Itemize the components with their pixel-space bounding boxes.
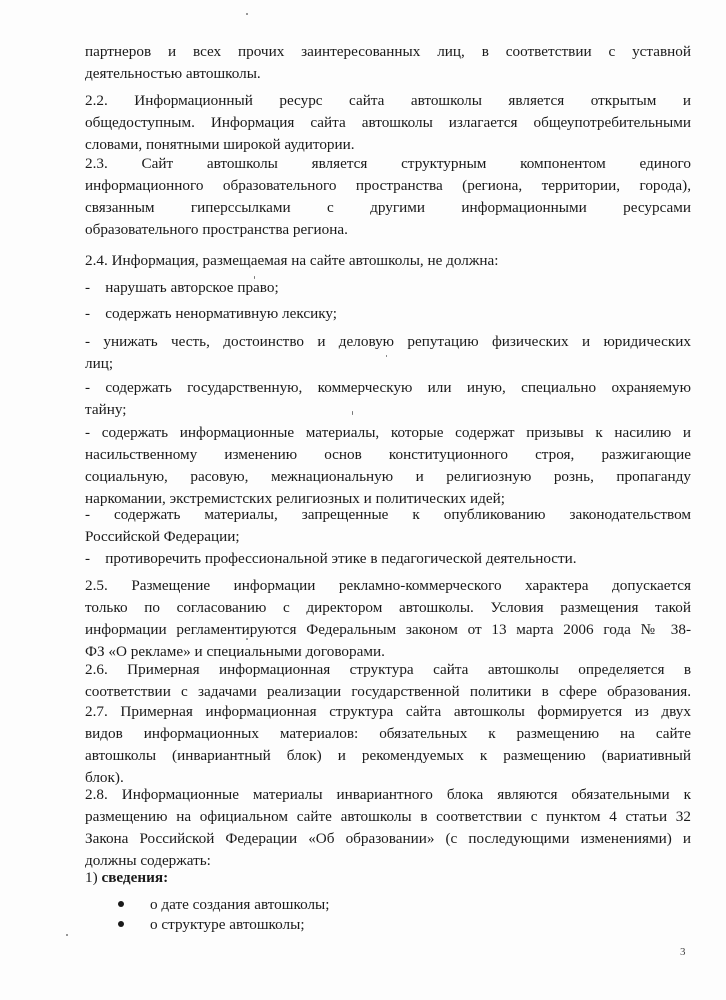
bullet-item: о структуре автошколы; — [118, 914, 305, 936]
text-line: лиц; — [85, 353, 691, 375]
text-line: 2.4. Информация, размещаемая на сайте ав… — [85, 250, 691, 272]
paragraph-2-4-intro: 2.4. Информация, размещаемая на сайте ав… — [85, 250, 691, 272]
scan-speck — [246, 638, 248, 640]
text-line: 2.3. Сайт автошколы является структурным… — [85, 153, 691, 175]
text-line: Российской Федерации; — [85, 526, 691, 548]
scan-speck — [352, 411, 353, 415]
paragraph-2-2: 2.2. Информационный ресурс сайта автошко… — [85, 90, 691, 156]
paragraph-2-3: 2.3. Сайт автошколы является структурным… — [85, 153, 691, 241]
text-line: - содержать информационные материалы, ко… — [85, 422, 691, 444]
scan-speck — [246, 13, 248, 15]
list-item: - противоречить профессиональной этике в… — [85, 548, 691, 570]
page-number: 3 — [680, 946, 686, 958]
list-item: - содержать ненормативную лексику; — [85, 303, 691, 325]
text-line: насильственному изменению основ конститу… — [85, 444, 691, 466]
paragraph-2-8: 2.8. Информационные материалы инвариантн… — [85, 784, 691, 872]
text-line: Закона Российской Федерации «Об образова… — [85, 828, 691, 850]
list-title: сведения: — [101, 869, 168, 886]
paragraph-2-7: 2.7. Примерная информационная структура … — [85, 701, 691, 789]
numbered-list-heading: 1) сведения: — [85, 867, 691, 889]
text-line: - противоречить профессиональной этике в… — [85, 548, 691, 570]
list-item: - содержать материалы, запрещенные к опу… — [85, 504, 691, 548]
text-line: социальную, расовую, межнациональную и р… — [85, 466, 691, 488]
list-item: - содержать информационные материалы, ко… — [85, 422, 691, 510]
text-line: видов информационных материалов: обязате… — [85, 723, 691, 745]
text-line: информационного образовательного простра… — [85, 175, 691, 197]
text-line: деятельностью автошколы. — [85, 63, 691, 85]
text-line: общедоступным. Информация сайта автошкол… — [85, 112, 691, 134]
document-page: партнеров и всех прочих заинтересованных… — [0, 0, 726, 1000]
text-line: - содержать государственную, коммерческу… — [85, 377, 691, 399]
text-line: - содержать материалы, запрещенные к опу… — [85, 504, 691, 526]
text-line: - нарушать авторское право; — [85, 277, 691, 299]
bullet-item: о дате создания автошколы; — [118, 894, 329, 916]
scan-speck — [254, 276, 255, 279]
bullet-text: о дате создания автошколы; — [150, 896, 329, 913]
text-line: 2.8. Информационные материалы инвариантн… — [85, 784, 691, 806]
bullet-icon — [118, 921, 124, 927]
text-line: соответствии с задачами реализации госуд… — [85, 681, 691, 703]
text-line: 2.7. Примерная информационная структура … — [85, 701, 691, 723]
text-line: 2.5. Размещение информации рекламно-комм… — [85, 575, 691, 597]
list-item: - унижать честь, достоинство и деловую р… — [85, 331, 691, 375]
text-line: информации регламентируются Федеральным … — [85, 619, 691, 641]
text-line: образовательного пространства региона. — [85, 219, 691, 241]
list-item: - содержать государственную, коммерческу… — [85, 377, 691, 421]
paragraph-2-6: 2.6. Примерная информационная структура … — [85, 659, 691, 703]
scan-speck — [386, 355, 387, 357]
paragraph-2-5: 2.5. Размещение информации рекламно-комм… — [85, 575, 691, 663]
text-line: связанным гиперссылками с другими информ… — [85, 197, 691, 219]
text-line: тайну; — [85, 399, 691, 421]
text-line: - унижать честь, достоинство и деловую р… — [85, 331, 691, 353]
text-line: только по согласованию с директором авто… — [85, 597, 691, 619]
text-line: 2.2. Информационный ресурс сайта автошко… — [85, 90, 691, 112]
list-item: - нарушать авторское право; — [85, 277, 691, 299]
bullet-text: о структуре автошколы; — [150, 916, 305, 933]
scan-speck — [66, 934, 68, 936]
list-number: 1) — [85, 869, 98, 886]
text-line: размещению на официальном сайте автошкол… — [85, 806, 691, 828]
text-line: автошколы (инвариантный блок) и рекоменд… — [85, 745, 691, 767]
paragraph-2-1-tail: партнеров и всех прочих заинтересованных… — [85, 41, 691, 85]
text-line: - содержать ненормативную лексику; — [85, 303, 691, 325]
text-line: 2.6. Примерная информационная структура … — [85, 659, 691, 681]
text-line: партнеров и всех прочих заинтересованных… — [85, 41, 691, 63]
bullet-icon — [118, 901, 124, 907]
